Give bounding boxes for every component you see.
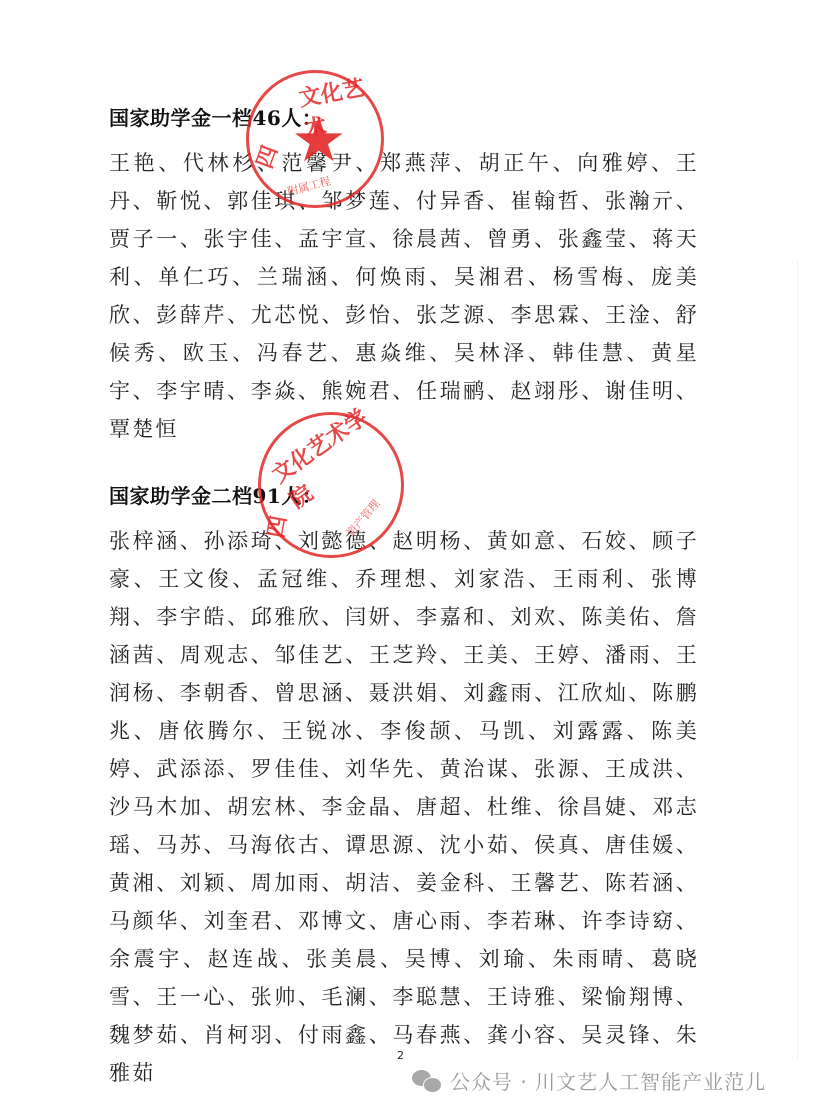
page-number: 2 xyxy=(397,1049,404,1062)
name-list: 张梓涵、孙添琦、刘懿德、赵明杨、黄如意、石姣、顾子豪、王文俊、孟冠维、乔理想、刘… xyxy=(109,522,699,1092)
page-edge-line xyxy=(797,260,798,1060)
section-heading: 国家助学金二档91人： xyxy=(109,484,699,508)
wechat-watermark: 公众号 · 川文艺人工智能产业范儿 xyxy=(412,1066,766,1095)
section-tier-1: 国家助学金一档46人： 王艳、代林杉、范馨尹、郑燕萍、胡正午、向雅婷、王丹、靳悦… xyxy=(109,106,699,448)
section-heading: 国家助学金一档46人： xyxy=(109,106,699,130)
name-list: 王艳、代林杉、范馨尹、郑燕萍、胡正午、向雅婷、王丹、靳悦、郭佳琪、邹梦莲、付异香… xyxy=(109,144,699,448)
wechat-icon xyxy=(412,1068,444,1094)
watermark-text: 公众号 · 川文艺人工智能产业范儿 xyxy=(450,1066,766,1095)
section-tier-2: 国家助学金二档91人： 张梓涵、孙添琦、刘懿德、赵明杨、黄如意、石姣、顾子豪、王… xyxy=(109,484,699,1092)
